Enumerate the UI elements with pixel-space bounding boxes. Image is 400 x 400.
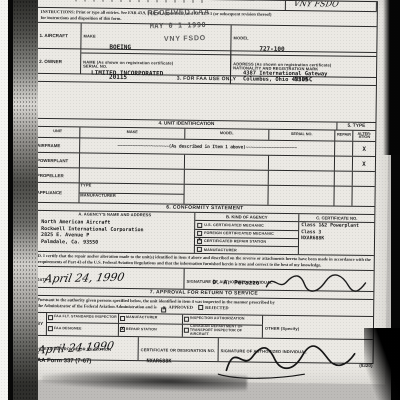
stamp-received-faa: RECEIVED FAA — [147, 7, 210, 17]
checkbox-faa-designee — [48, 326, 53, 331]
stamp-vny-fsdo: VNY FSDO — [164, 35, 211, 43]
approved-label: APPROVED — [169, 304, 193, 309]
owner-section-label: 2. OWNER — [37, 49, 81, 74]
top-right-box: VNY FSDO — [285, 1, 377, 11]
other-specify-cell: OTHER (Specify) — [263, 315, 373, 338]
col-model: MODEL — [185, 129, 269, 140]
checkbox-by-manufacturer — [120, 316, 125, 321]
appliance-label: APPLIANCE — [35, 183, 79, 203]
opt-canadian-inspector: CANADIAN DEPARTMENT OF TRANSPORT INSPECT… — [183, 325, 263, 338]
received-faa-stamp: RECEIVED FAA MAY 0 1 1990 VNY FSDO — [147, 7, 210, 43]
checkbox-repair-station: X — [197, 239, 202, 244]
other-specify-label: OTHER (Specify) — [265, 325, 299, 330]
type-title: 5. TYPE — [337, 123, 375, 131]
propeller-label: PROPELLER — [36, 168, 80, 183]
aircraft-section-label: 1. AIRCRAFT — [37, 23, 81, 49]
col-alteration: ALTER-ATION — [353, 131, 375, 141]
agency-line4: Palmdale, Ca. 93550 — [41, 239, 192, 248]
certificate-line3: NXAR688K — [301, 236, 372, 243]
opt-faa-designee: FAA DESIGNEE — [47, 323, 119, 335]
scanned-page: VNY FSDO INSTRUCTIONS: Print or type all… — [0, 0, 400, 400]
airframe-repair-cell — [335, 142, 353, 156]
form-footer: FAA Form 337 (7-67) (8320) — [33, 349, 374, 371]
checkbox-approved: X — [162, 307, 167, 312]
owner-address-label: ADDRESS (As shown on registration certif… — [233, 61, 331, 67]
section-faa-use: 3. FOR FAA USE ONLY — [36, 74, 376, 123]
checkbox-foreign-mechanic — [197, 231, 202, 236]
agency-name-label: A. AGENCY'S NAME AND ADDRESS — [37, 212, 192, 218]
col-repair: REPAIR — [335, 131, 353, 141]
conformity-body: A. AGENCY'S NAME AND ADDRESS North Ameri… — [35, 211, 374, 256]
signature-typed-name: D. A. Perazzo — [212, 280, 259, 287]
checkbox-manufacturer — [197, 247, 202, 252]
form-paper: VNY FSDO INSTRUCTIONS: Print or type all… — [21, 0, 390, 384]
col-make: MAKE — [80, 128, 185, 139]
col-unit: UNIT — [36, 127, 80, 138]
stamp-date: MAY 0 1 1990 — [150, 21, 211, 30]
checkbox-faa-flt-standards — [48, 315, 53, 320]
appliance-mfr-label: MANUFACTURER — [79, 194, 183, 204]
checkbox-canadian-inspector — [184, 328, 189, 333]
airframe-label: AIRFRAME — [36, 138, 80, 153]
faa-use-empty-area — [36, 82, 375, 122]
checkbox-rejected — [198, 305, 203, 310]
owner-name-label: NAME (As shown on registration certifica… — [83, 60, 173, 66]
powerplant-label: POWERPLANT — [36, 153, 80, 168]
checkbox-inspection-authorization — [184, 317, 189, 322]
scan-edge-white — [0, 0, 8, 400]
form-number: FAA Form 337 (7-67) — [33, 358, 91, 365]
checkbox-us-mechanic — [197, 222, 202, 227]
powerplant-alteration-mark: X — [353, 157, 375, 171]
make-label: MAKE — [83, 34, 95, 39]
scan-edge-texture — [13, 0, 38, 400]
scan-bottom-right-blob — [364, 328, 400, 400]
kind-manufacturer: MANUFACTURER — [195, 246, 298, 254]
col-serial: SERIAL NO. — [269, 130, 336, 141]
opt-faa-flt-standards: FAA FLT. STANDARDS INSPECTOR — [47, 313, 119, 323]
scan-bottom-smudge — [42, 371, 247, 392]
model-label: MODEL — [233, 35, 248, 40]
rejected-label: REJECTED — [205, 305, 228, 310]
handwritten-vny-fsdo: VNY FSDO — [293, 0, 339, 9]
opt-manufacturer: MANUFACTURER — [119, 314, 183, 324]
opt-repair-station: X REPAIR STATION — [119, 324, 183, 336]
airframe-alteration-mark: X — [353, 142, 375, 156]
handwritten-date: April 24, 1990 — [44, 271, 126, 284]
faa-form-337: VNY FSDO INSTRUCTIONS: Print or type all… — [33, 0, 378, 364]
cut-text-fragment — [38, 0, 285, 5]
checkbox-by-repair-station: X — [120, 327, 125, 332]
powerplant-repair-cell — [335, 157, 353, 171]
scan-top-right-shadow — [383, 0, 400, 155]
